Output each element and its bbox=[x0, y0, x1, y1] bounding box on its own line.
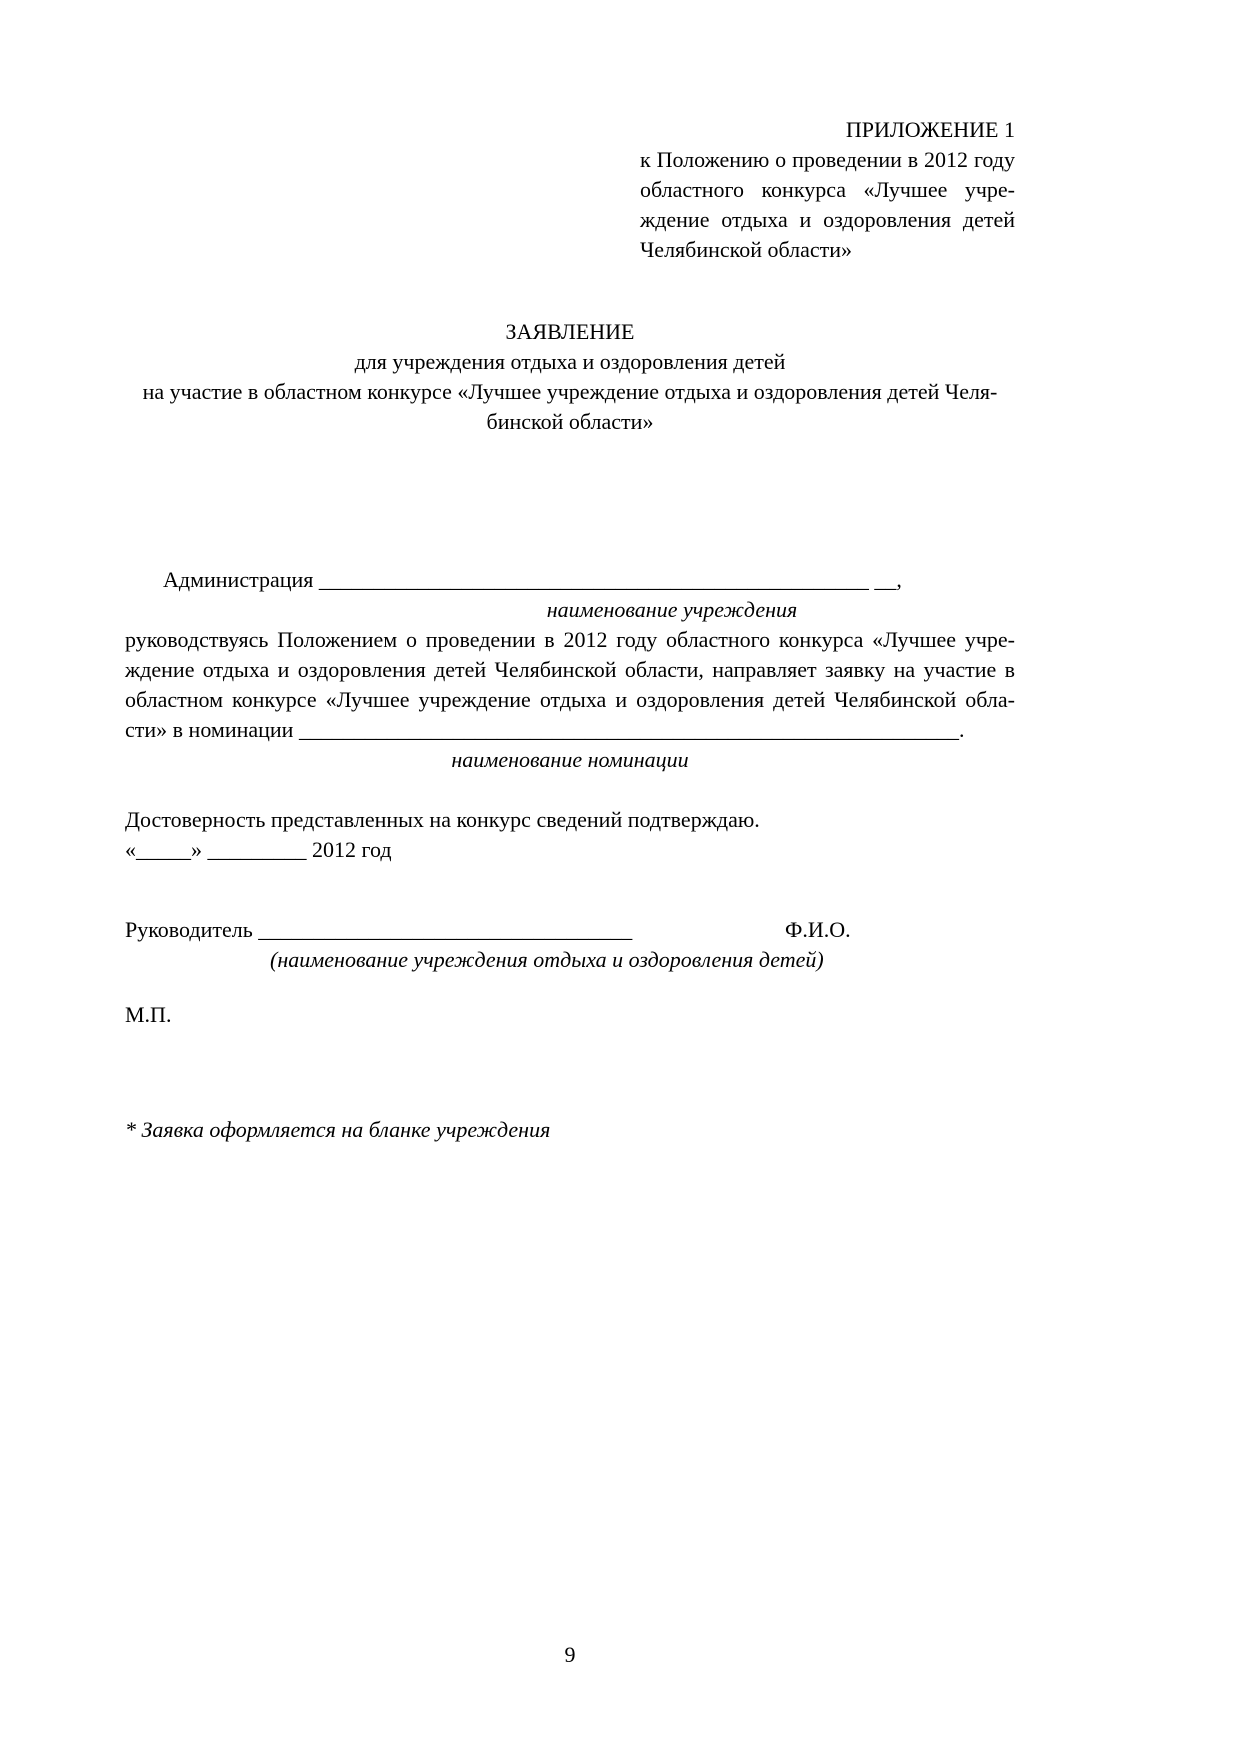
subtitle-line: для учреждения отдыха и оздоровления дет… bbox=[125, 347, 1015, 377]
body-paragraph: руководствуясь Положением о проведении в… bbox=[125, 625, 1015, 745]
stamp-label: М.П. bbox=[125, 1000, 1015, 1030]
appendix-heading: ПРИЛОЖЕНИЕ 1 bbox=[640, 115, 1015, 145]
appendix-line: Челябинской области» bbox=[640, 235, 1015, 265]
document-title: ЗАЯВЛЕНИЕ bbox=[125, 317, 1015, 347]
body-paragraph-line: ждение отдыха и оздоровления детей Челяб… bbox=[125, 655, 1015, 685]
title-block: ЗАЯВЛЕНИЕ для учреждения отдыха и оздоро… bbox=[125, 317, 1015, 437]
appendix-block: ПРИЛОЖЕНИЕ 1 к Положению о проведении в … bbox=[640, 115, 1015, 265]
signature-caption: (наименование учреждения отдыха и оздоро… bbox=[125, 945, 1015, 975]
subtitle-line: бинской области» bbox=[125, 407, 1015, 437]
signature-label: Руководитель bbox=[125, 917, 253, 942]
body-paragraph-line: сти» в номинации _______________________… bbox=[125, 715, 1015, 745]
footnote: * Заявка оформляется на бланке учреждени… bbox=[125, 1115, 1015, 1145]
nomination-caption: наименование номинации bbox=[125, 745, 1015, 775]
date-line: «_____» _________ 2012 год bbox=[125, 835, 1015, 865]
appendix-line: ждение отдыха и оздоровления детей bbox=[640, 205, 1015, 235]
subtitle-line: на участие в областном конкурсе «Лучшее … bbox=[125, 377, 1015, 407]
confirmation-line: Достоверность представленных на конкурс … bbox=[125, 805, 1015, 835]
appendix-line: областного конкурса «Лучшее учре- bbox=[640, 175, 1015, 205]
signature-blank: __________________________________ bbox=[258, 917, 632, 942]
signature-line: Руководитель ___________________________… bbox=[125, 915, 1015, 945]
fio-label: Ф.И.О. bbox=[785, 915, 851, 945]
appendix-line: к Положению о проведении в 2012 году bbox=[640, 145, 1015, 175]
body-paragraph-line: руководствуясь Положением о проведении в… bbox=[125, 625, 1015, 655]
administration-line: Администрация __________________________… bbox=[125, 565, 1015, 595]
document-content: ПРИЛОЖЕНИЕ 1 к Положению о проведении в … bbox=[0, 0, 1241, 1145]
institution-name-caption: наименование учреждения bbox=[125, 595, 1015, 625]
page-number: 9 bbox=[125, 1640, 1015, 1670]
body-paragraph-line: областном конкурсе «Лучшее учреждение от… bbox=[125, 685, 1015, 715]
document-page: ПРИЛОЖЕНИЕ 1 к Положению о проведении в … bbox=[0, 0, 1241, 1754]
